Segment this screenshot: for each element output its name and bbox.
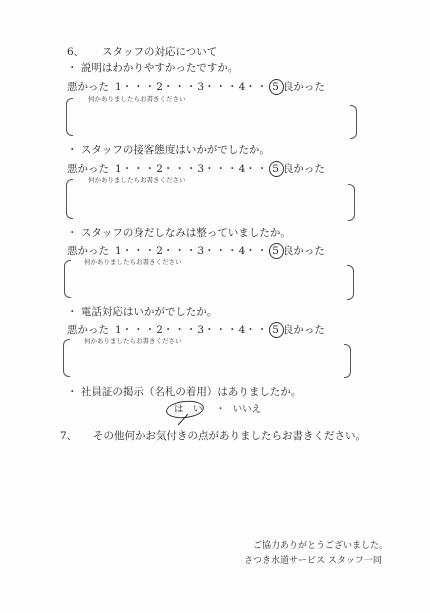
answer-separator: ・ — [212, 405, 230, 415]
question-1-text: 説明はわかりやすかったですか。 — [81, 62, 239, 74]
section-7-title: その他何かお気付きの点がありましたらお書きください。 — [93, 431, 366, 442]
scale-label-good: 良かった — [283, 82, 325, 93]
scale-label-good: 良かった — [283, 325, 325, 336]
section-7-number: 7、 — [60, 431, 77, 442]
scale-label-good: 良かった — [283, 164, 325, 175]
question-5: ・ 社員証の掲示（名札の着用）はありましたか。 — [67, 387, 301, 398]
comment-box-3-right — [347, 265, 354, 300]
comment-field-2[interactable] — [74, 182, 346, 216]
question-2-text: スタッフの接客態度はいかがでしたか。 — [81, 144, 270, 156]
scale-label-good: 良かった — [283, 246, 325, 257]
comment-box-4-left — [63, 339, 70, 377]
question-5-text: 社員証の掲示（名札の着用）はありましたか。 — [81, 386, 302, 398]
option-5-selected[interactable]: 5 — [272, 325, 279, 336]
scale-label-bad: 悪かった — [67, 246, 109, 257]
option-2[interactable]: 2 — [156, 164, 163, 175]
question-4: ・ 電話対応はいかがでしたか。 — [67, 307, 217, 318]
comment-field-1[interactable] — [74, 100, 348, 134]
rating-scale-3[interactable]: 悪かった 1 ・・・ 2 ・・・ 3 ・・・ 4 ・・ 5 良かった — [67, 246, 325, 257]
comment-box-3-left — [64, 260, 71, 298]
bullet: ・ — [67, 306, 78, 318]
section-7-comment-field[interactable] — [70, 448, 360, 508]
comment-box-2-right — [348, 184, 355, 221]
question-4-text: 電話対応はいかがでしたか。 — [81, 306, 218, 318]
rating-scale-2[interactable]: 悪かった 1 ・・・ 2 ・・・ 3 ・・・ 4 ・・ 5 良かった — [67, 164, 325, 175]
option-1[interactable]: 1 — [115, 246, 122, 257]
option-2[interactable]: 2 — [156, 325, 163, 336]
comment-box-1-left — [66, 98, 73, 136]
question-3: ・ スタッフの身だしなみは整っていましたか。 — [67, 228, 291, 239]
option-5-selected[interactable]: 5 — [272, 164, 279, 175]
scale-label-bad: 悪かった — [67, 325, 109, 336]
bullet: ・ — [67, 227, 78, 239]
question-2: ・ スタッフの接客態度はいかがでしたか。 — [67, 145, 270, 156]
comment-box-4-right — [344, 344, 351, 378]
bullet: ・ — [67, 62, 78, 74]
option-1[interactable]: 1 — [115, 164, 122, 175]
thanks-message: ご協力ありがとうございました。 — [253, 542, 388, 551]
rating-scale-1[interactable]: 悪かった 1 ・・・ 2 ・・・ 3 ・・・ 4 ・・ 5 良かった — [67, 82, 325, 93]
comment-field-3[interactable] — [72, 263, 344, 295]
answer-no[interactable]: いいえ — [233, 404, 262, 415]
option-5-selected[interactable]: 5 — [272, 82, 279, 93]
comment-box-2-left — [66, 179, 73, 219]
option-1[interactable]: 1 — [115, 325, 122, 336]
option-1[interactable]: 1 — [115, 82, 122, 93]
option-3[interactable]: 3 — [197, 325, 204, 336]
survey-page: 6、 スタッフの対応について ・ 説明はわかりやすかったですか。 悪かった 1 … — [0, 0, 430, 613]
comment-box-1-right — [350, 105, 357, 139]
question-1: ・ 説明はわかりやすかったですか。 — [67, 63, 238, 74]
section-6-number: 6、 — [67, 47, 84, 58]
comment-field-4[interactable] — [71, 342, 341, 374]
option-3[interactable]: 3 — [197, 246, 204, 257]
option-4[interactable]: 4 — [239, 325, 246, 336]
option-4[interactable]: 4 — [239, 164, 246, 175]
company-signature: さつき水道サービス スタッフ一同 — [244, 557, 382, 566]
scale-label-bad: 悪かった — [67, 164, 109, 175]
bullet: ・ — [67, 386, 78, 398]
option-4[interactable]: 4 — [239, 82, 246, 93]
bullet: ・ — [67, 144, 78, 156]
question-3-text: スタッフの身だしなみは整っていましたか。 — [81, 227, 291, 239]
option-2[interactable]: 2 — [156, 246, 163, 257]
scale-label-bad: 悪かった — [67, 82, 109, 93]
option-3[interactable]: 3 — [197, 82, 204, 93]
option-4[interactable]: 4 — [239, 246, 246, 257]
rating-scale-4[interactable]: 悪かった 1 ・・・ 2 ・・・ 3 ・・・ 4 ・・ 5 良かった — [67, 325, 325, 336]
option-2[interactable]: 2 — [156, 82, 163, 93]
section-6-title: スタッフの対応について — [102, 47, 217, 58]
option-3[interactable]: 3 — [197, 164, 204, 175]
option-5-selected[interactable]: 5 — [272, 246, 279, 257]
circle-tail-mark — [176, 413, 190, 427]
